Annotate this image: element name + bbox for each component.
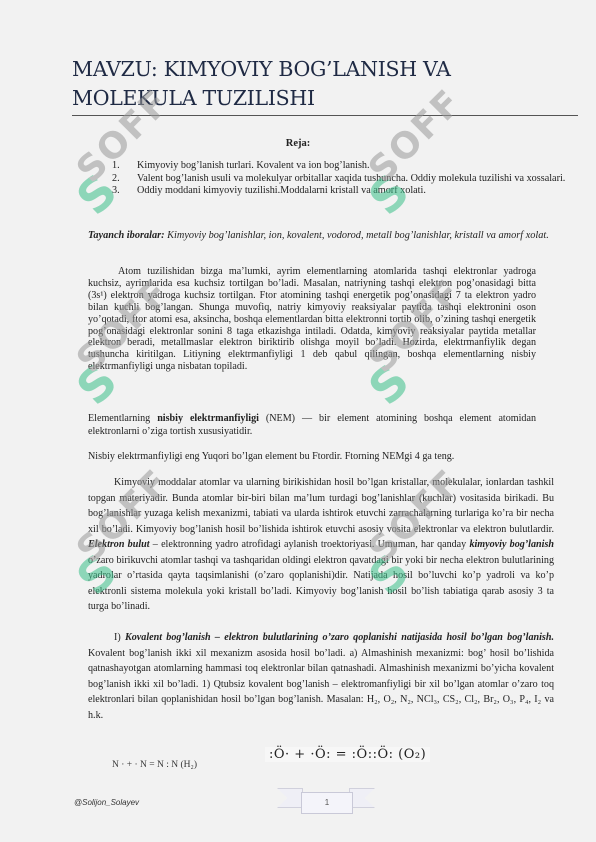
plan-item-text: Oddiy moddani kimyoviy tuzilishi.Moddala…	[137, 185, 426, 196]
term-covalent-bond: Kovalent bog’lanish – elektron bulutlari…	[125, 632, 554, 643]
term-chemical-bond: kimyoviy bog’lanish	[469, 539, 554, 550]
paragraph-text: – elektronning yadro atrofidagi aylanish…	[150, 539, 470, 550]
page-title: MAVZU: KIMYOVIY BOG’LANISH VA MOLEKULA T…	[72, 55, 572, 113]
paragraph-text: o’zaro birikuvchi atomlar tashqi va tash…	[88, 555, 554, 613]
paragraph-text: Kimyoviy moddalar atomlar va ularning bi…	[88, 477, 554, 535]
document-page: MAVZU: KIMYOVIY BOG’LANISH VA MOLEKULA T…	[0, 0, 596, 842]
paragraph-nem-definition: Elementlarning nisbiy elektrmanfiyligi (…	[88, 412, 536, 438]
term-electron-cloud: Elektron bulut	[88, 539, 150, 550]
plan-item: 2.Valent bog’lanish usuli va molekulyar …	[88, 173, 566, 186]
section-number: I)	[114, 632, 125, 643]
paragraph-covalent-bond: I) Kovalent bog’lanish – elektron bulutl…	[88, 630, 554, 723]
ribbon-left-icon	[277, 788, 303, 808]
plan-heading: Reja:	[0, 138, 596, 149]
keywords: Tayanch iboralar: Kimyoviy bog’lanishlar…	[88, 229, 570, 243]
paragraph-chemical-bonds: Kimyoviy moddalar atomlar va ularning bi…	[88, 475, 554, 615]
keywords-text: Kimyoviy bog’lanishlar, ion, kovalent, v…	[165, 230, 549, 241]
plan-item: 3.Oddiy moddani kimyoviy tuzilishi.Modda…	[88, 185, 566, 198]
paragraph-text: Elementlarning	[88, 413, 157, 424]
paragraph-atom-structure: Atom tuzilishidan bizga ma’lumki, ayrim …	[88, 266, 536, 373]
term-nem: nisbiy elektrmanfiyligi	[157, 413, 259, 424]
keywords-label: Tayanch iboralar:	[88, 230, 165, 241]
plan-item-number: 2.	[112, 173, 137, 186]
plan-item-number: 1.	[112, 160, 137, 173]
page-number: 1	[301, 792, 353, 814]
plan-item-text: Valent bog’lanish usuli va molekulyar or…	[137, 173, 565, 184]
plan-list: 1.Kimyoviy bog’lanish turlari. Kovalent …	[88, 160, 566, 198]
page-number-ribbon: 1	[277, 786, 377, 812]
plan-item-text: Kimyoviy bog’lanish turlari. Kovalent va…	[137, 160, 370, 171]
footer-author: @Solijon_Solayev	[74, 798, 139, 807]
paragraph-text: Atom tuzilishidan bizga ma’lumki, ayrim …	[88, 266, 536, 372]
equation-o2-image: :Ö· + ·Ö: = :Ö::Ö: (O₂)	[265, 747, 430, 762]
plan-item: 1.Kimyoviy bog’lanish turlari. Kovalent …	[88, 160, 566, 173]
paragraph-fluorine: Nisbiy elektrmanfiyligi eng Yuqori bo’lg…	[88, 451, 536, 463]
title-divider	[72, 115, 578, 116]
equation-h2: N · + · N = N : N (H₂)	[112, 760, 197, 770]
plan-item-number: 3.	[112, 185, 137, 198]
